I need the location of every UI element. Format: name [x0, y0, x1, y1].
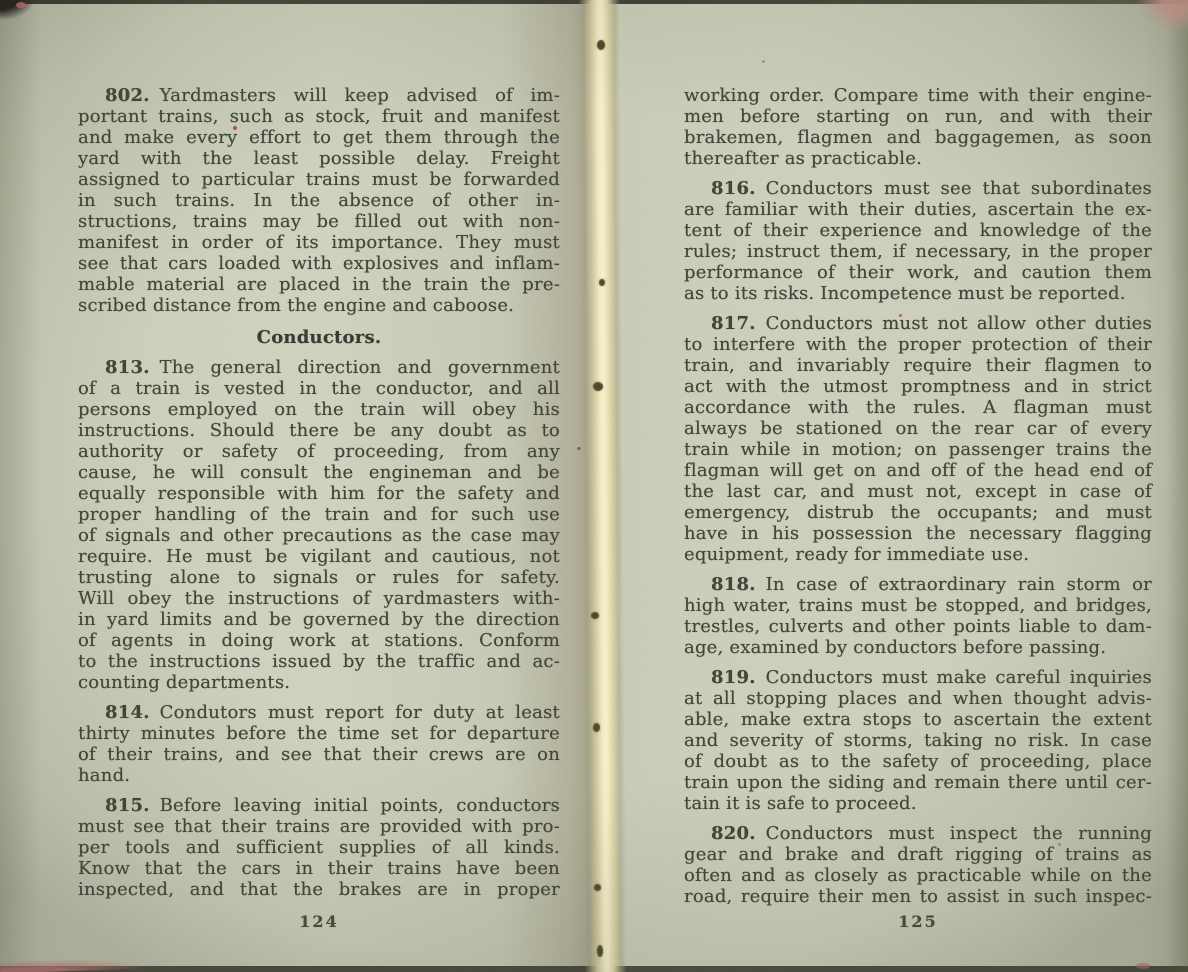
rule-paragraph-816: 816.Conductors must see that subordinate… — [684, 178, 1152, 304]
dust-speck — [762, 60, 765, 63]
rule-number: 802. — [105, 85, 150, 106]
rule-paragraph-802: 802.Yardmasters will keep advised of im-… — [78, 85, 560, 316]
text-line: Will obey the instructions of yardmaster… — [78, 588, 560, 609]
text-line: yard with the least possible delay. Frei… — [78, 148, 560, 169]
text-line: as to its risks. Incompetence must be re… — [684, 283, 1152, 304]
stitch-mark — [597, 40, 605, 50]
text-line: of agents in doing work at stations. Con… — [78, 630, 560, 651]
book-spine — [578, 0, 627, 972]
stitch-mark — [591, 612, 599, 619]
stitch-mark — [593, 723, 600, 732]
text-line: counting departments. — [78, 672, 560, 693]
text-line: are familiar with their duties, ascertai… — [684, 199, 1152, 220]
text-line: 802.Yardmasters will keep advised of im- — [78, 85, 560, 106]
text-line: proper handling of the train and for suc… — [78, 504, 560, 525]
text-line: thereafter as practicable. — [684, 148, 1152, 169]
text-line: 816.Conductors must see that subordinate… — [684, 178, 1152, 199]
page-right-content: working order. Compare time with their e… — [684, 85, 1152, 907]
rule-paragraph-813: 813.The general direction and government… — [78, 357, 560, 693]
text-line: in yard limits and be governed by the di… — [78, 609, 560, 630]
text-line: flagman will get on and off of the head … — [684, 460, 1152, 481]
text-line: portant trains, such as stock, fruit and… — [78, 106, 560, 127]
stain-bottom-right — [1136, 963, 1150, 969]
text-line: hand. — [78, 765, 560, 786]
text-line: manifest in order of its importance. The… — [78, 232, 560, 253]
text-line: Know that the cars in their trains have … — [78, 858, 560, 879]
text-line: scribed distance from the engine and cab… — [78, 295, 560, 316]
text-line: per tools and sufficient supplies of all… — [78, 837, 560, 858]
rule-paragraph-815: 815.Before leaving initial points, condu… — [78, 795, 560, 900]
text-line: train while in motion; on passenger trai… — [684, 439, 1152, 460]
text-line: trusting alone to signals or rules for s… — [78, 567, 560, 588]
text-line: road, require their men to assist in suc… — [684, 886, 1152, 907]
text-line: trestles, culverts and other points liab… — [684, 616, 1152, 637]
text-line: tain it is safe to proceed. — [684, 793, 1152, 814]
text-line: mable material are placed in the train t… — [78, 274, 560, 295]
text-line: equipment, ready for immediate use. — [684, 544, 1152, 565]
text-line: and severity of storms, taking no risk. … — [684, 730, 1152, 751]
page-left-content: 802.Yardmasters will keep advised of im-… — [78, 85, 560, 900]
rule-paragraph-820: 820.Conductors must inspect the runningg… — [684, 823, 1152, 907]
text-line: 813.The general direction and government — [78, 357, 560, 378]
rule-number: 817. — [711, 313, 756, 334]
text-line: instructions. Should there be any doubt … — [78, 420, 560, 441]
text-line: authority or safety of proceeding, from … — [78, 441, 560, 462]
text-line: tent of their experience and knowledge o… — [684, 220, 1152, 241]
text-line: cause, he will consult the engineman and… — [78, 462, 560, 483]
text-line: accordance with the rules. A flagman mus… — [684, 397, 1152, 418]
book-spread: 802.Yardmasters will keep advised of im-… — [0, 0, 1188, 972]
text-line: require. He must be vigilant and cautiou… — [78, 546, 560, 567]
text-line: brakemen, flagmen and baggagemen, as soo… — [684, 127, 1152, 148]
stitch-mark — [599, 279, 605, 286]
page-number-left: 124 — [78, 912, 560, 931]
page-number-right: 125 — [684, 912, 1152, 931]
text-line: rules; instruct them, if necessary, in t… — [684, 241, 1152, 262]
rule-number: 813. — [105, 357, 150, 378]
text-line: of a train is vested in the conductor, a… — [78, 378, 560, 399]
section-heading: Conductors. — [78, 327, 560, 348]
text-line: emergency, distrub the occupants; and mu… — [684, 502, 1152, 523]
rule-number: 819. — [711, 667, 756, 688]
text-line: to the instructions issued by the traffi… — [78, 651, 560, 672]
stain-top-left — [16, 2, 26, 8]
rule-paragraph-817: 817.Conductors must not allow other duti… — [684, 313, 1152, 565]
stitch-mark — [597, 945, 603, 957]
text-line: must see that their trains are provided … — [78, 816, 560, 837]
text-line: 817.Conductors must not allow other duti… — [684, 313, 1152, 334]
rule-number: 816. — [711, 178, 756, 199]
rule-number: 814. — [105, 702, 150, 723]
text-line: performance of their work, and caution t… — [684, 262, 1152, 283]
rule-number: 818. — [711, 574, 756, 595]
text-line: working order. Compare time with their e… — [684, 85, 1152, 106]
text-line: 814.Condutors must report for duty at le… — [78, 702, 560, 723]
text-line: 819.Conductors must make careful inquiri… — [684, 667, 1152, 688]
rule-paragraph-814: 814.Condutors must report for duty at le… — [78, 702, 560, 786]
text-line: 815.Before leaving initial points, condu… — [78, 795, 560, 816]
scan-edge-left — [0, 0, 40, 972]
text-line: able, make extra stops to ascertain the … — [684, 709, 1152, 730]
text-line: high water, trains must be stopped, and … — [684, 595, 1152, 616]
rule-number: 820. — [711, 823, 756, 844]
rule-paragraph-819: 819.Conductors must make careful inquiri… — [684, 667, 1152, 814]
text-line: men before starting on run, and with the… — [684, 106, 1152, 127]
text-line: of doubt as to the safety of proceeding,… — [684, 751, 1152, 772]
text-line: always be stationed on the rear car of e… — [684, 418, 1152, 439]
text-line: at all stopping places and when thought … — [684, 688, 1152, 709]
scan-edge-right — [1166, 0, 1188, 972]
text-line: thirty minutes before the time set for d… — [78, 723, 560, 744]
text-line: assigned to particular trains must be fo… — [78, 169, 560, 190]
stitch-mark — [593, 382, 603, 391]
text-line: in such trains. In the absence of other … — [78, 190, 560, 211]
text-line: of their trains, and see that their crew… — [78, 744, 560, 765]
text-line: gear and brake and draft rigging of trai… — [684, 844, 1152, 865]
text-line: equally responsible with him for the saf… — [78, 483, 560, 504]
text-line: of signals and other precautions as the … — [78, 525, 560, 546]
text-line: to interfere with the proper protection … — [684, 334, 1152, 355]
rule-number: 815. — [105, 795, 150, 816]
text-line: see that cars loaded with explosives and… — [78, 253, 560, 274]
text-line: train upon the siding and remain there u… — [684, 772, 1152, 793]
continued-paragraph: working order. Compare time with their e… — [684, 85, 1152, 169]
text-line: structions, trains may be filled out wit… — [78, 211, 560, 232]
text-line: the last car, and must not, except in ca… — [684, 481, 1152, 502]
text-line: 818.In case of extraordinary rain storm … — [684, 574, 1152, 595]
text-line: and make every effort to get them throug… — [78, 127, 560, 148]
text-line: 820.Conductors must inspect the running — [684, 823, 1152, 844]
text-line: have in his possession the necessary fla… — [684, 523, 1152, 544]
text-line: act with the utmost promptness and in st… — [684, 376, 1152, 397]
stain-top-right — [1136, 0, 1188, 32]
stitch-mark — [594, 884, 601, 891]
text-line: age, examined by conductors before passi… — [684, 637, 1152, 658]
rule-paragraph-818: 818.In case of extraordinary rain storm … — [684, 574, 1152, 658]
text-line: often and as closely as practicable whil… — [684, 865, 1152, 886]
text-line: train, and invariably require their flag… — [684, 355, 1152, 376]
text-line: inspected, and that the brakes are in pr… — [78, 879, 560, 900]
text-line: persons employed on the train will obey … — [78, 399, 560, 420]
